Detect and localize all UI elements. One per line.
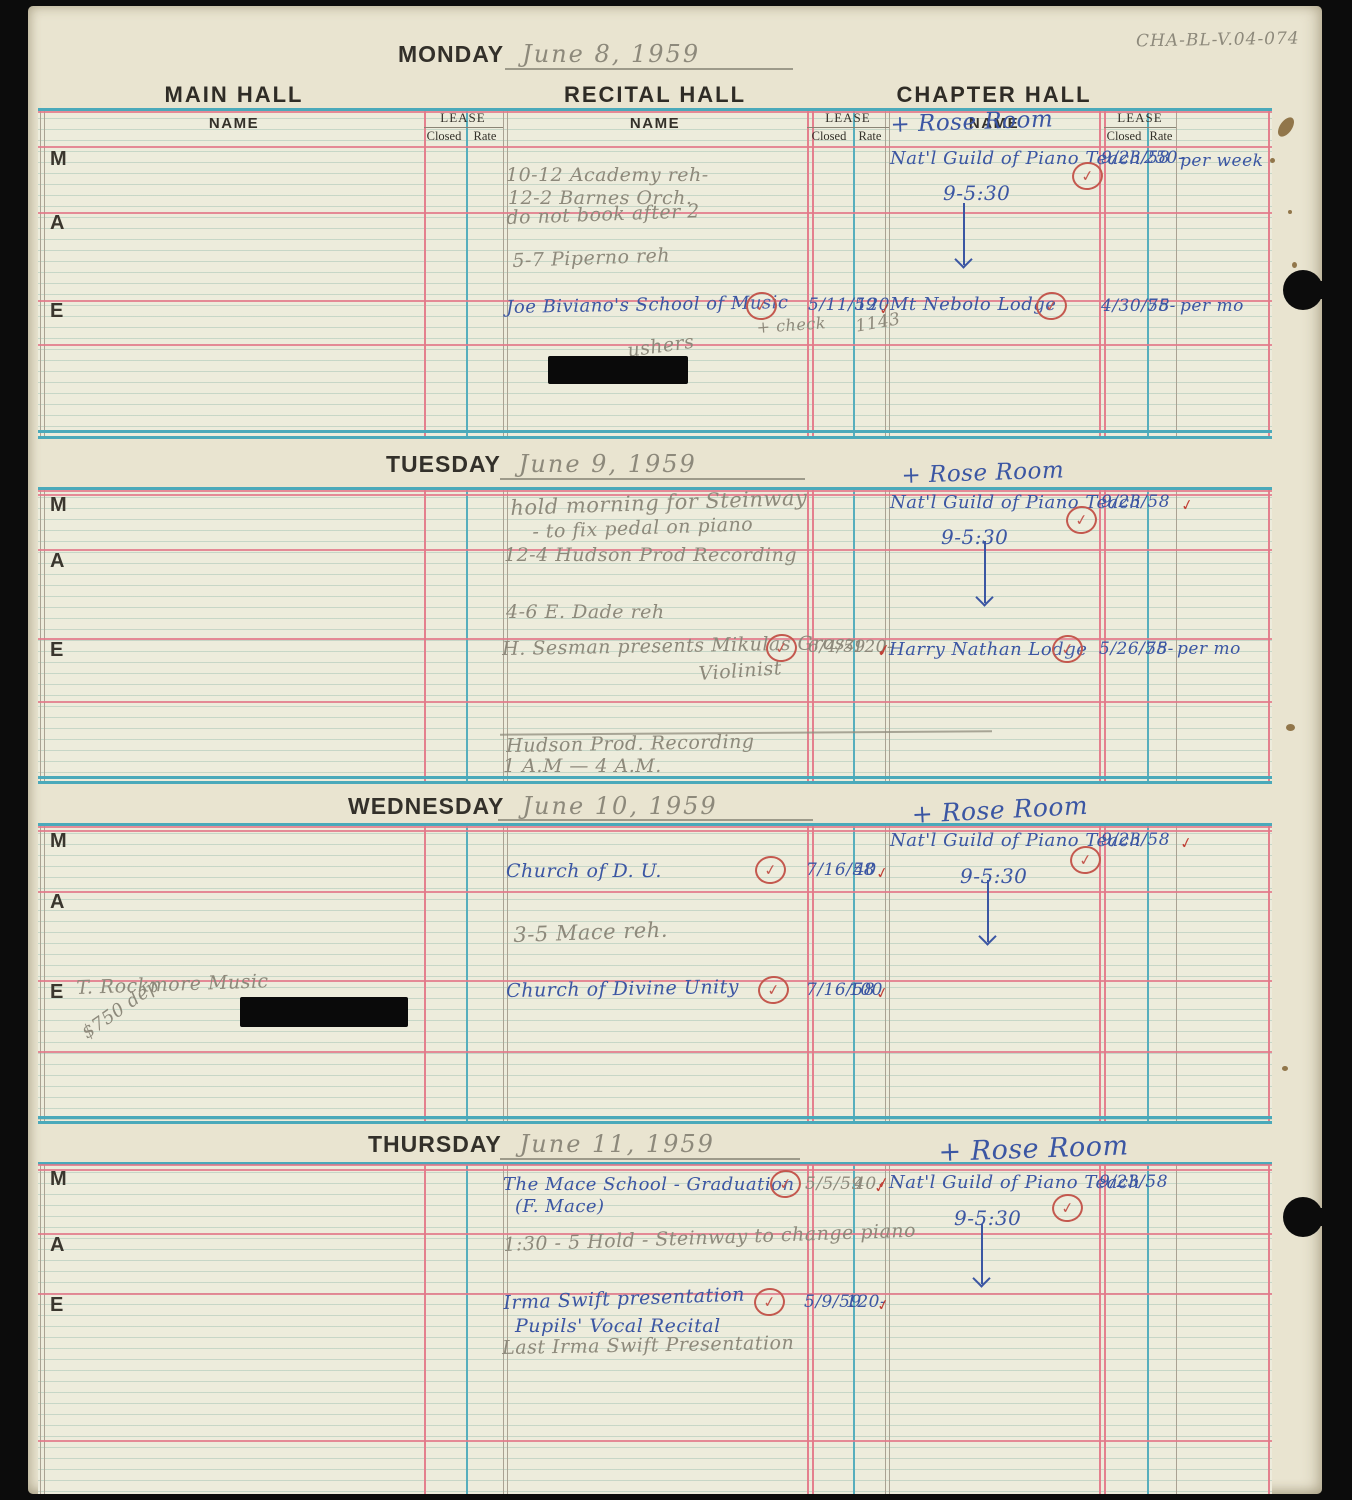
day-date-handwritten: June 10, 1959: [522, 792, 717, 820]
date-underline: [505, 68, 793, 70]
grid-vline: [1104, 487, 1106, 781]
grid-vline: [44, 1162, 45, 1494]
column-header-lease: LEASE: [808, 110, 888, 126]
handwritten-entry: 1 A.M — 4 A.M.: [503, 755, 662, 777]
grid-pink-line: [38, 1051, 1272, 1053]
time-row-label-a: A: [50, 891, 64, 914]
hall-title-main: MAIN HALL: [84, 82, 384, 108]
grid-vline: [466, 487, 468, 781]
punch-hole-tab: [1298, 1208, 1352, 1226]
grid-vline: [889, 1162, 890, 1494]
grid-vline: [1176, 487, 1177, 781]
time-row-label-e: E: [50, 300, 63, 323]
redaction-bar: [548, 356, 688, 384]
grid-pink-line: [38, 1440, 1272, 1442]
handwritten-entry: 9/23/58: [1101, 830, 1170, 850]
grid-vline: [424, 487, 426, 781]
lease-divider: [424, 127, 503, 128]
time-row-label-a: A: [50, 212, 64, 235]
grid-vline: [503, 823, 504, 1121]
handwritten-entry: 9-5:30: [960, 864, 1027, 888]
grid-pink-line: [38, 701, 1272, 703]
ink-stain: [1282, 1066, 1288, 1071]
grid-vline: [812, 108, 814, 437]
handwritten-entry: per week: [1180, 151, 1263, 171]
day-name: WEDNESDAY: [348, 793, 504, 819]
grid-vline: [853, 1162, 855, 1494]
handwritten-entry: per mo: [1177, 639, 1241, 659]
handwritten-entry: 10-12 Academy reh-: [506, 164, 709, 186]
grid-vline: [885, 487, 886, 781]
day-name: MONDAY: [398, 41, 504, 67]
handwritten-entry: Mt Nebolo Lodge: [890, 294, 1056, 315]
down-arrow-mark: [984, 541, 986, 603]
time-row-label-a: A: [50, 550, 64, 573]
time-row-label-m: M: [50, 1168, 67, 1191]
handwritten-entry: 12-4 Hudson Prod Recording: [504, 544, 797, 566]
grid-vline: [1268, 823, 1270, 1121]
grid-vline: [503, 108, 504, 437]
grid-vline: [40, 487, 41, 781]
grid-vline: [1104, 1162, 1106, 1494]
grid-teal-line: [38, 781, 1272, 784]
catalog-number: CHA-BL-V.04-074: [1136, 29, 1300, 52]
day-date-handwritten: June 8, 1959: [522, 40, 700, 68]
grid-pink-line: [38, 1164, 1272, 1166]
grid-vline: [853, 108, 855, 437]
grid-vline: [1268, 108, 1270, 437]
hall-title-recital: RECITAL HALL: [505, 82, 805, 108]
handwritten-entry: 75-: [1145, 639, 1174, 659]
handwritten-entry: The Mace School - Graduation: [503, 1174, 795, 1195]
column-header-lease: LEASE: [423, 110, 503, 126]
grid-vline: [1268, 1162, 1270, 1494]
grid-vline: [1099, 1162, 1101, 1494]
grid-vline: [889, 823, 890, 1121]
time-row-label-m: M: [50, 830, 67, 853]
handwritten-entry: 9-5:30: [941, 525, 1008, 549]
column-header-rate: Rate: [455, 129, 515, 144]
day-header-tuesday: TUESDAYJune 9, 1959: [386, 450, 697, 478]
grid-vline: [1176, 823, 1177, 1121]
time-row-label-m: M: [50, 148, 67, 171]
column-header-lease: LEASE: [1100, 110, 1180, 126]
grid-vline: [885, 1162, 886, 1494]
grid-vline: [44, 823, 45, 1121]
lease-divider: [807, 127, 889, 128]
grid-vline: [807, 108, 809, 437]
grid-vline: [1176, 1162, 1177, 1494]
ink-stain: [1288, 210, 1292, 214]
handwritten-entry: 9-5:30: [954, 1206, 1021, 1230]
grid-vline: [885, 108, 886, 437]
grid-teal-line: [38, 1116, 1272, 1119]
handwritten-entry: 9-5:30: [943, 181, 1010, 205]
ink-stain: [1286, 724, 1295, 731]
grid-vline: [466, 823, 468, 1121]
grid-vline: [507, 1162, 508, 1494]
down-arrow-mark: [963, 203, 965, 265]
handwritten-entry: 9/23/58: [1101, 492, 1170, 512]
handwritten-entry: Hudson Prod. Recording: [506, 731, 755, 757]
date-underline: [500, 1158, 800, 1160]
grid-teal-line: [38, 436, 1272, 439]
hall-title-chapter: CHAPTER HALL: [844, 82, 1144, 108]
grid-vline: [812, 1162, 814, 1494]
grid-vline: [466, 1162, 468, 1494]
date-underline: [500, 478, 805, 480]
grid-vline: [1147, 1162, 1149, 1494]
punch-hole-tab: [1298, 281, 1352, 299]
grid-vline: [424, 108, 426, 437]
day-date-handwritten: June 11, 1959: [520, 1130, 715, 1158]
grid-vline: [507, 108, 508, 437]
day-header-monday: MONDAYJune 8, 1959: [398, 40, 700, 68]
redaction-bar: [240, 997, 408, 1027]
column-header-name: NAME: [555, 115, 755, 132]
handwritten-entry: 40: [854, 860, 877, 880]
lease-divider: [1104, 127, 1176, 128]
grid-pink-line: [38, 1169, 1272, 1171]
grid-vline: [424, 1162, 426, 1494]
handwritten-entry: (F. Mace): [515, 1196, 605, 1217]
handwritten-entry: 75-: [1147, 296, 1176, 316]
time-row-label-m: M: [50, 494, 67, 517]
handwritten-entry: 9/23/58: [1099, 1172, 1168, 1192]
handwritten-entry: + Rose Room: [938, 1130, 1129, 1168]
grid-vline: [889, 487, 890, 781]
handwritten-entry: per mo: [1180, 296, 1244, 316]
grid-pink-line: [38, 826, 1272, 828]
down-arrow-mark: [987, 880, 989, 942]
day-header-thursday: THURSDAYJune 11, 1959: [368, 1130, 715, 1158]
time-row-label-a: A: [50, 1234, 64, 1257]
handwritten-entry: Church of D. U.: [506, 860, 662, 882]
time-row-label-e: E: [50, 1294, 63, 1317]
down-arrow-mark: [981, 1224, 983, 1284]
grid-vline: [503, 1162, 504, 1494]
grid-vline: [1099, 823, 1101, 1121]
day-date-handwritten: June 9, 1959: [519, 450, 697, 478]
handwritten-entry: 250-: [1144, 148, 1184, 168]
time-row-label-e: E: [50, 981, 63, 1004]
grid-vline: [1099, 487, 1101, 781]
grid-vline: [40, 108, 41, 437]
ink-stain: [1292, 262, 1297, 268]
grid-pink-line: [38, 111, 1272, 113]
grid-vline: [1268, 487, 1270, 781]
grid-vline: [40, 1162, 41, 1494]
grid-vline: [1147, 823, 1149, 1121]
grid-vline: [466, 108, 468, 437]
ink-stain: [1270, 158, 1275, 163]
grid-pink-line: [38, 891, 1272, 893]
day-name: TUESDAY: [386, 451, 501, 477]
grid-vline: [1104, 823, 1106, 1121]
column-header-name: NAME: [134, 115, 334, 132]
date-underline: [498, 819, 813, 821]
column-header-rate: Rate: [1131, 129, 1191, 144]
grid-vline: [1147, 487, 1149, 781]
day-name: THURSDAY: [368, 1131, 502, 1157]
grid-vline: [807, 1162, 809, 1494]
handwritten-entry: Church of Divine Unity: [506, 976, 739, 1002]
grid-vline: [503, 487, 504, 781]
grid-teal-line: [38, 430, 1272, 433]
grid-vline: [424, 823, 426, 1121]
handwritten-entry: 4-6 E. Dade reh: [506, 601, 665, 623]
grid-vline: [44, 487, 45, 781]
ledger-scan: CHA-BL-V.04-074 MAIN HALL RECITAL HALL C…: [0, 0, 1352, 1500]
grid-vline: [40, 823, 41, 1121]
time-row-label-e: E: [50, 639, 63, 662]
grid-vline: [44, 108, 45, 437]
day-header-wednesday: WEDNESDAYJune 10, 1959: [348, 792, 718, 820]
grid-teal-line: [38, 1121, 1272, 1124]
